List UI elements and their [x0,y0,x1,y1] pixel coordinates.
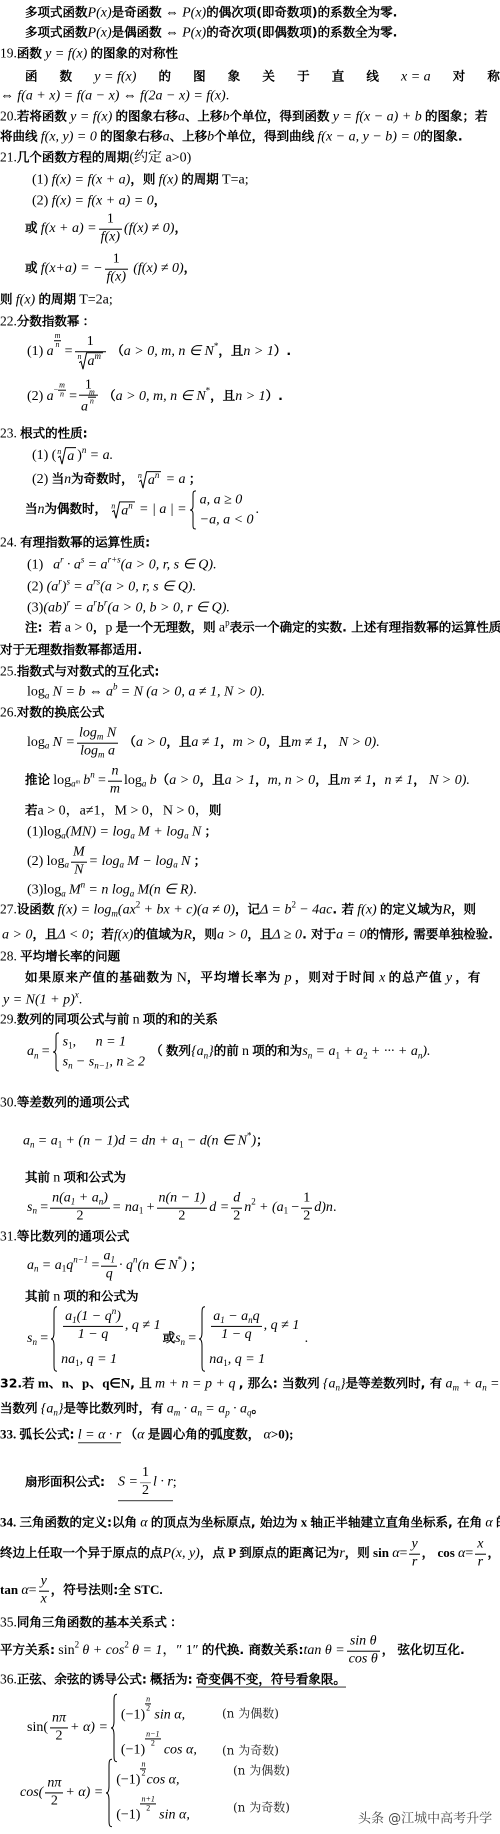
fractional-exponent-1: (1) amn =1nam （a > 0, m, n ∈ N*，且n > 1）. [27,334,291,370]
math: n [242,1044,249,1059]
case-row: na1, q = 1 [209,1347,299,1373]
text: 的图象的对称性 [90,45,178,60]
math: α [264,1427,271,1442]
superscript: r [58,576,62,586]
text: 象 [228,67,241,85]
text: 。 [333,1672,346,1687]
subscript: n [336,1382,341,1392]
math: = a [166,472,186,487]
math: N > 0). [339,735,380,750]
superscript: r [93,597,97,607]
text: 的值域为 [133,926,183,941]
subscript: 1 [223,1358,228,1368]
subscript: 1 [58,1139,63,1149]
subscript: 1 [75,1358,80,1368]
text: ）. [274,343,291,358]
math: p [285,970,292,985]
period-item-1: (1) f(x) = f(x + a)，则 f(x) 的周期 T=a; [32,171,249,189]
text: 分数指数幂 [17,314,80,329]
superscript: n [112,1306,117,1316]
math: + a [343,1044,363,1059]
text: 的奇次项(即偶数项)的系数全为零. [206,24,397,39]
math: + a [462,1376,482,1391]
math: = a [490,1376,500,1391]
superscript: n [128,500,133,510]
text: （ [103,388,116,403]
text: ，且 [166,734,191,749]
math: = N [121,684,143,699]
math: d = [209,1200,229,1215]
text: ，有 [455,969,480,984]
math: b [150,773,157,788]
fraction: a1q [101,1249,117,1284]
irrational-exponent-note-2: 对于无理数指数幂都适用. [0,642,142,658]
subscript: n [482,1382,487,1392]
denominator: 2 [145,1738,160,1747]
denominator: f(x) [105,269,128,287]
superscript: n [82,445,87,455]
superscript: 2 [251,1197,256,1207]
text: 是圆心角的弧度数， [148,1426,261,1441]
text: ，″ 1″ [162,1643,198,1658]
subscript: 1 [179,1139,184,1149]
math: ) [103,1191,108,1206]
text: ，且 [218,343,243,358]
radical-sign-icon [139,471,147,488]
fraction: nπ2 [50,1711,68,1746]
superscript: r+s [108,554,121,564]
text: (约定 a>0) [129,150,191,165]
text: ，则 [345,1545,370,1560]
math: N [192,824,201,839]
section-24-title: 24. 有理指数幂的运算性质: [0,535,150,552]
math: ). [422,1044,430,1059]
math: y = f(x) [70,109,112,124]
superscript: n [90,770,95,780]
math: f(x) = f(x + a) = 0 [52,193,154,208]
math: a = 0 [336,927,366,942]
equals: = [69,389,77,404]
exponent: −mn [54,382,66,399]
text: 的定义域为 [380,901,443,916]
text: ， [323,734,336,749]
change-of-base-corollary: 推论 logam bn =nmloga b（a > 0，且a > 1，m, n … [25,764,470,799]
math: (f(x) ≠ 0) [133,261,183,276]
math: T=a; [222,172,249,187]
math: (−1) [121,1707,145,1722]
denominator: nam [75,351,107,370]
subscript: n [204,1050,209,1060]
item-number: (2) [27,389,43,404]
case-row: (−1)n2cos α, [116,1758,190,1793]
math: R [442,902,451,917]
math: f(x) = f(x + a) [52,172,131,187]
fraction: nm [108,764,122,799]
text: 的图象；若 [425,108,488,123]
fraction: xr [475,1537,485,1572]
case-label-even: (n 为偶数) [222,1705,279,1722]
text: 或 [163,1330,176,1345]
math: q [253,1309,260,1324]
log: log [27,684,45,699]
denominator: q [101,1266,117,1284]
log: log [79,726,97,741]
numerator: logm N [77,726,118,743]
case-row: s1, n = 1 [63,1032,145,1052]
math: N > 0). [429,773,470,788]
text: 的 [159,67,172,85]
equals: = [65,344,73,359]
text: 或 [25,220,38,235]
superscript: s [81,554,85,564]
fraction: a1 − anq1 − q [211,1309,261,1344]
math: + bx + c)(a ≠ 0) [144,902,236,917]
text: 的总产值 [389,969,443,984]
text: 项和公式为 [64,1169,127,1184]
text: 概括为: [150,1672,193,1687]
period-conclusion: 则 f(x) 的周期 T=2a; [0,291,113,309]
text: 为偶数时， [45,501,108,516]
numerator: a1 [101,1249,117,1266]
text: 项的和为 [252,1043,302,1058]
cos: cos [437,1545,454,1560]
case-label-odd: (n 为奇数) [233,1799,290,1816]
text: ，平均增长率为 [187,969,282,984]
subscript: n [248,1315,253,1325]
subscript: 2 [363,1050,368,1060]
math: (ax [118,902,136,917]
text: ； [189,471,202,486]
subscript: a [61,830,66,840]
text: ，且 [315,772,340,787]
piecewise-cases: (−1)n2 sin α,(−1)n−12 cos α, [110,1693,197,1762]
math: m、n、p、q∈N [38,1375,130,1390]
log-rule-1: (1)loga(MN) = loga M + loga N ； [27,823,217,841]
left-brace-icon [50,1306,58,1372]
math: a > 1 [225,773,255,788]
sequence-term-sum-relation: an =s1, n = 1sn − sn−1, n ≥ 2 （ 数列{an}的前… [27,1032,431,1071]
sin: sin [58,1643,74,1658]
math: b [223,109,230,124]
fraction: n(a1 + an)2 [50,1191,110,1226]
radical-property-1: (1) (na)n = a. [32,447,113,465]
superscript: 2 [124,1640,129,1650]
piecewise-cases: (−1)n2cos α,(−1)n+12 sin α, [105,1758,190,1827]
text: 直 [332,67,345,85]
item-number: (1) [32,172,48,187]
piecewise-cases: a1 − anq1 − q, q ≠ 1na1, q = 1 [198,1306,299,1372]
text: 奇变偶不变，符号看象限 [196,1672,334,1687]
log: log [47,854,65,869]
tan: tan [0,1582,18,1597]
geometric-general-term: an = a1qn−1 =a1q· qn(n ∈ N*) ； [27,1249,203,1284]
text: 、上移 [185,108,223,123]
exponent-rule-2: (2) (ar)s = ars(a > 0, r, s ∈ Q). [27,578,196,596]
denominator: amn [79,395,98,417]
math: a > 0 [65,620,93,635]
math: s [302,1044,307,1059]
section-number: 23. [0,426,17,441]
denominator: 2 [145,1703,151,1712]
text: 项的和的关系 [143,1011,218,1026]
case-row: a, a ≥ 0 [200,490,254,510]
subscript: 1 [110,1255,115,1265]
text: ； [194,853,207,868]
section-36-title: 36.正弦、余弦的诱导公式: 概括为: 奇变偶不变，符号看象限。 [0,1672,346,1689]
text: 等差数列的通项公式 [17,1095,130,1110]
math: n ≠ 1 [385,773,414,788]
text: 是奇函数 [112,4,162,19]
text: . [79,992,83,1007]
text: ， [372,772,385,787]
text: 的周期 [38,291,76,306]
math: θ + cos [82,1643,124,1658]
text: 表示一个确定的实数. 上述有理指数幂的运算性质， [230,619,500,634]
log: log [53,773,71,788]
math: n > 1 [235,389,265,404]
math: a > 0 [169,773,199,788]
case-label-odd: (n 为奇数) [222,1742,279,1759]
math: f(2a − x) = f(x) [140,88,226,103]
trig-definition-line-3: tan α=yx，符号法则:全 STC. [0,1574,163,1609]
section-26-title: 26.对数的换底公式 [0,705,104,722]
section-number: 35. [0,1615,17,1630]
change-of-base-formula: loga N =logm Nlogm a （a > 0，且a ≠ 1，m > 0… [27,726,380,761]
math: P(x, y) [163,1546,200,1561]
math: {a [323,1376,336,1391]
subscript: n [53,1407,58,1417]
item-number: (1) [32,448,48,463]
section-25-title: 25.指数式与对数式的互化式: [0,664,159,681]
subscript: n [32,1206,37,1216]
numerator: nπ [45,1776,63,1793]
superscript: 2 [291,899,296,909]
numerator: n [140,1760,146,1768]
math: a ≠ 1 [191,735,220,750]
subscript: 1 [72,1315,77,1325]
subscript: n [308,1050,313,1060]
text: ， [413,772,426,787]
math: = a [88,557,108,572]
superscript: r [60,554,64,564]
text: 的图象. [420,128,462,143]
same-angle-relations: 平方关系: sin2 θ + cos2 θ = 1，″ 1″ 的代换. 商数关系… [0,1634,465,1669]
text: 个单位，得到函数 [230,108,330,123]
text: ， [255,772,268,787]
text: 其前 [25,1288,50,1303]
denominator: 2 [50,1208,110,1226]
section-number: 20. [0,108,17,123]
numerator: d [231,1191,242,1208]
math: f(x) [159,172,178,187]
irrational-exponent-note: 注: 若 a > 0，p 是一个无理数，则 ap表示一个确定的实数. 上述有理指… [25,619,500,637]
math: (−1) [121,1742,145,1757]
math: , q ≠ 1 [264,1318,300,1333]
subscript: a [184,830,189,840]
text: 则 [0,291,13,306]
subscript: 1 [62,1264,67,1274]
item-number: (1) [27,344,43,359]
superscript: b [113,681,118,691]
math: = | a | = [139,502,187,517]
text: . 若 [332,901,354,916]
subscript: a [64,860,69,870]
text: ，且 [266,734,291,749]
text: 为奇数时， [71,471,134,486]
subscript: a [45,741,50,751]
text: STC. [134,1582,163,1597]
symmetry-line-justified: 函 数 y = f(x) 的 图 象 关 于 直 线 x = a 对 称 [25,67,500,86]
arithmetic-sum-label: 其前 n 项和公式为 [25,1169,126,1187]
arc-length-formula: 33. 弧长公式: l = α · r （α 是圆心角的弧度数， α>0); [0,1426,293,1444]
log-rule-3: (3)loga Mn = n loga M(n ∈ R). [27,881,197,899]
text: 弦化切互化. [397,1642,464,1657]
denominator: n [58,390,66,399]
text: , 那么: 当数列 [239,1375,320,1390]
text: ，则 [192,926,217,941]
math: f(x) [114,927,133,942]
math: f(x, y) = 0 [41,129,97,144]
text: 是偶函数 [112,24,162,39]
math: p [105,620,112,635]
math: N [181,854,190,869]
text: ， [220,734,233,749]
text: . [256,502,260,517]
math: = log [89,854,120,869]
text: 正弦、余弦的诱导公式 [17,1672,142,1687]
math: x = a [401,70,431,86]
text: ，且 [200,772,225,787]
subscript: n [418,1050,423,1060]
subscript: n [99,1197,104,1207]
arithmetic-sum-formula: sn =n(a1 + an)2= na1 +n(n − 1)2d =d2n2 +… [27,1191,336,1226]
math: = a [73,600,93,615]
poly-even-line: 多项式函数P(x)是偶函数 ⇔ P(x)的奇次项(即偶数项)的系数全为零. [25,24,397,42]
period-item-2b: 或 f(x + a) =1f(x)(f(x) ≠ 0)， [25,212,187,247]
watermark: 头条 @江城中高考升学 [358,1808,492,1827]
text: ，则 [130,171,155,186]
math: = a. [90,448,113,463]
equals: = [40,1331,48,1346]
subscript: am [71,779,80,789]
math: f(x+a) = − [41,261,103,276]
log: log [27,735,45,750]
denominator: 2 [140,1803,155,1812]
subscript: n [34,1264,39,1274]
math: α [137,1427,144,1442]
text: 将曲线 [0,128,38,143]
subscript: a [130,888,135,898]
math: = a [73,579,93,594]
case-rows: s1, n = 1sn − sn−1, n ≥ 2 [63,1032,145,1071]
iff-symbol: ⇔ [165,5,179,20]
math: a > 0, m, n ∈ N [124,344,214,359]
math: α [140,1515,147,1530]
text: 多项式函数 [25,24,88,39]
iff-symbol: ⇔ [0,88,14,103]
text: ，且 [32,926,57,941]
radical: nam [78,352,104,369]
text: . 对于 [302,926,336,941]
math: a [88,354,95,369]
subscript: 1 [220,1315,225,1325]
subscript: n−1 [94,1060,109,1070]
text: 个单位，得到曲线 [214,128,314,143]
text: 是等比数列时，有 [63,1400,163,1415]
text: ， [184,260,197,275]
math: n [53,1170,60,1185]
subscript: m [111,908,118,918]
text: （ [125,1426,138,1441]
comma: , [73,1034,77,1049]
math: M − log [127,854,173,869]
section-number: 34. [0,1514,16,1529]
case-row: (−1)n+12 sin α, [116,1793,190,1828]
text: ，且 [210,388,235,403]
text: 三角函数的定义:以角 [20,1514,138,1529]
radicand: a [66,447,76,464]
text: 等比数列的通项公式 [17,1229,130,1244]
math: · a [67,557,81,572]
exponent-fraction: mn [58,382,66,399]
growth-rate-text: 如果原来产值的基础数为 N，平均增长率为 p ，则对于时间 x 的总产值 y ，… [25,969,480,987]
math: + ··· + a [371,1044,418,1059]
numerator: n [145,1695,151,1703]
text: ）. [266,388,283,403]
fraction: logm Nlogm a [77,726,118,761]
math: M + log [138,824,184,839]
exponent-fraction: mn [88,389,96,406]
subscript: a [130,830,135,840]
fraction: n(n − 1)2 [157,1191,208,1226]
text: ， [93,619,106,634]
item-number: (2) [32,193,48,208]
math: a [106,684,113,699]
text: ， [154,192,167,207]
math: f(x) [357,902,376,917]
math: y [446,970,452,985]
fraction: d2 [231,1191,242,1226]
section-23-title: 23. 根式的性质: [0,426,88,443]
text: 如果原来产值的基础数为 [25,969,174,984]
math: + a [79,1191,99,1206]
log-rule-2: (2) logaMN= loga M − loga N ； [27,845,206,880]
iff-symbol: ⇔ [89,684,103,699]
geometric-sum-formula: sn =a1(1 − qn)1 − q, q ≠ 1na1, q = 1或sn … [27,1306,308,1372]
text: . [305,1331,309,1346]
math: P(x) [88,5,112,20]
subscript: a [173,860,178,870]
math: {a [191,1044,204,1059]
math: m > 0 [233,735,267,750]
subscript: 1 [139,1206,144,1216]
text: ，记 [235,901,260,916]
text: 是等差数列时, 有 [346,1375,443,1390]
math: m ≠ 1 [340,773,372,788]
math: (a > 0, r, s ∈ Q). [100,579,196,594]
superscript: * [206,386,211,396]
text: 当 [25,501,38,516]
radical-property-2: (2) 当n为奇数时， nan = a ； [32,471,201,489]
text: 对于无理数指数幂都适用. [0,642,142,657]
numerator: n(n − 1) [157,1191,208,1208]
numerator: 1 [75,334,107,351]
subscript: 1 [68,1040,73,1050]
math: Δ = b [260,902,291,917]
section-number: 25. [0,664,17,679]
math: x [379,970,385,985]
text: ， [422,1545,435,1560]
